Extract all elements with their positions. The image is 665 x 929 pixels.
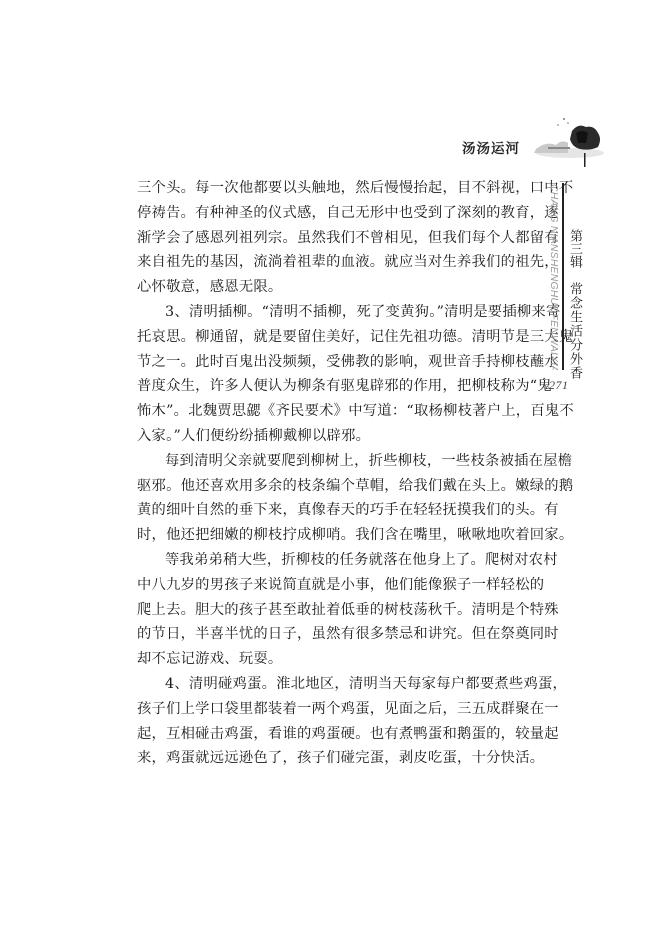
body-text: 三个头。每一次他都要以头触地，然后慢慢抬起，目不斜视，口中不 停祷告。有种神圣的… — [137, 176, 533, 771]
running-title: 汤汤运河 — [462, 137, 520, 157]
text-line: 的节日，半喜半忧的日子，虽然有很多禁忌和讲究。但在祭奠同时 — [137, 622, 533, 647]
text-line: 爬上去。胆大的孩子甚至敢扯着低垂的树枝荡秋千。清明是个特殊 — [137, 598, 533, 623]
text-line: 驱邪。他还喜欢用多余的枝条编个草帽，给我们戴在头上。嫩绿的鹅 — [137, 474, 533, 499]
text-line: 4、清明碰鸡蛋。淮北地区，清明当天每家每户都要煮些鸡蛋， — [137, 672, 533, 697]
text-line: 中八九岁的男孩子来说简直就是小事，他们能像猴子一样轻松的 — [137, 573, 533, 598]
text-line: 3、清明插柳。“清明不插柳，死了变黄狗。”清明是要插柳来寄 — [137, 300, 533, 325]
ink-landscape-icon — [528, 113, 608, 168]
section-label: 常念生活分外香 — [567, 282, 583, 380]
text-line: 托哀思。柳通留，就是要留住美好，记住先祖功德。清明节是三大鬼 — [137, 325, 533, 350]
page-number: 271 — [549, 378, 569, 393]
text-line: 渐学会了感恩列祖列宗。虽然我们不曾相见，但我们每个人都留有 — [137, 226, 533, 251]
text-line: 起，互相碰击鸡蛋，看谁的鸡蛋硬。也有煮鸭蛋和鹅蛋的，较量起 — [137, 722, 533, 747]
text-line: 节之一。此时百鬼出没频频，受佛教的影响，观世音手持柳枝蘸水 — [137, 350, 533, 375]
text-line: 时，他还把细嫩的柳枝拧成柳哨。我们含在嘴里，啾啾地吹着回家。 — [137, 523, 533, 548]
text-line: 心怀敬意，感恩无限。 — [137, 275, 533, 300]
text-line: 停祷告。有种神圣的仪式感，自己无形中也受到了深刻的教育，逐 — [137, 201, 533, 226]
text-line: 等我弟弟稍大些，折柳枝的任务就落在他身上了。爬树对农村 — [137, 548, 533, 573]
chapter-label: 第三辑 — [567, 229, 583, 268]
text-line: 却不忘记游戏、玩耍。 — [137, 647, 533, 672]
section-text: 常念生活分外香 — [567, 282, 582, 380]
text-line: 三个头。每一次他都要以头触地，然后慢慢抬起，目不斜视，口中不 — [137, 176, 533, 201]
text-line: 怖木”。北魏贾思勰《齐民要术》中写道：“取杨柳枝著户上，百鬼不 — [137, 399, 533, 424]
text-line: 孩子们上学口袋里都装着一两个鸡蛋，见面之后，三五成群聚在一 — [137, 697, 533, 722]
chapter-text: 第三辑 — [567, 229, 582, 268]
text-line: 黄的细叶自然的垂下来，真像春天的巧手在轻轻抚摸我们的头。有 — [137, 498, 533, 523]
text-line: 每到清明父亲就要爬到柳树上，折些柳枝，一些枝条被插在屋檐 — [137, 449, 533, 474]
text-line: 入家。”人们便纷纷插柳戴柳以辟邪。 — [137, 424, 533, 449]
text-line: 普度众生，许多人便认为柳条有驱鬼辟邪的作用，把柳枝称为“鬼 — [137, 374, 533, 399]
text-line: 来自祖先的基因，流淌着祖辈的血液。就应当对生养我们的祖先， — [137, 250, 533, 275]
side-divider — [562, 183, 564, 370]
text-line: 来，鸡蛋就远远逊色了，孩子们碰完蛋，剥皮吃蛋，十分快活。 — [137, 746, 533, 771]
section-latin-label: CHANG NIANSHENGHUOFENWAIXIANG — [541, 184, 559, 370]
